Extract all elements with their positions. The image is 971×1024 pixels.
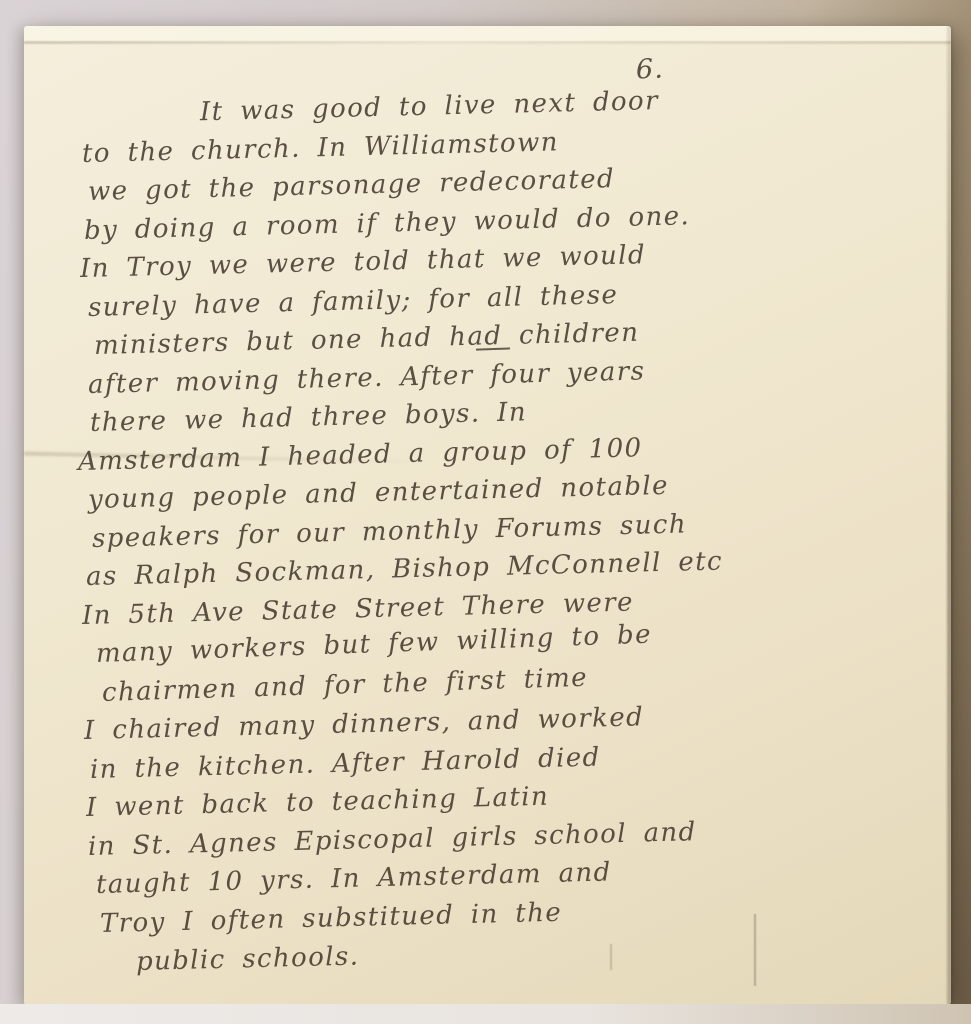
top-fold-crease <box>24 41 951 44</box>
letter-page: 6. It was good to live next door to the … <box>24 26 951 1005</box>
table-surface-strip <box>0 1004 971 1024</box>
paper-edge-shadow <box>947 26 953 1005</box>
page-number: 6. <box>635 54 664 86</box>
photo-background: 6. It was good to live next door to the … <box>0 0 971 1024</box>
letter-body: It was good to live next door to the chu… <box>88 96 931 982</box>
top-fold-strip <box>24 26 951 41</box>
